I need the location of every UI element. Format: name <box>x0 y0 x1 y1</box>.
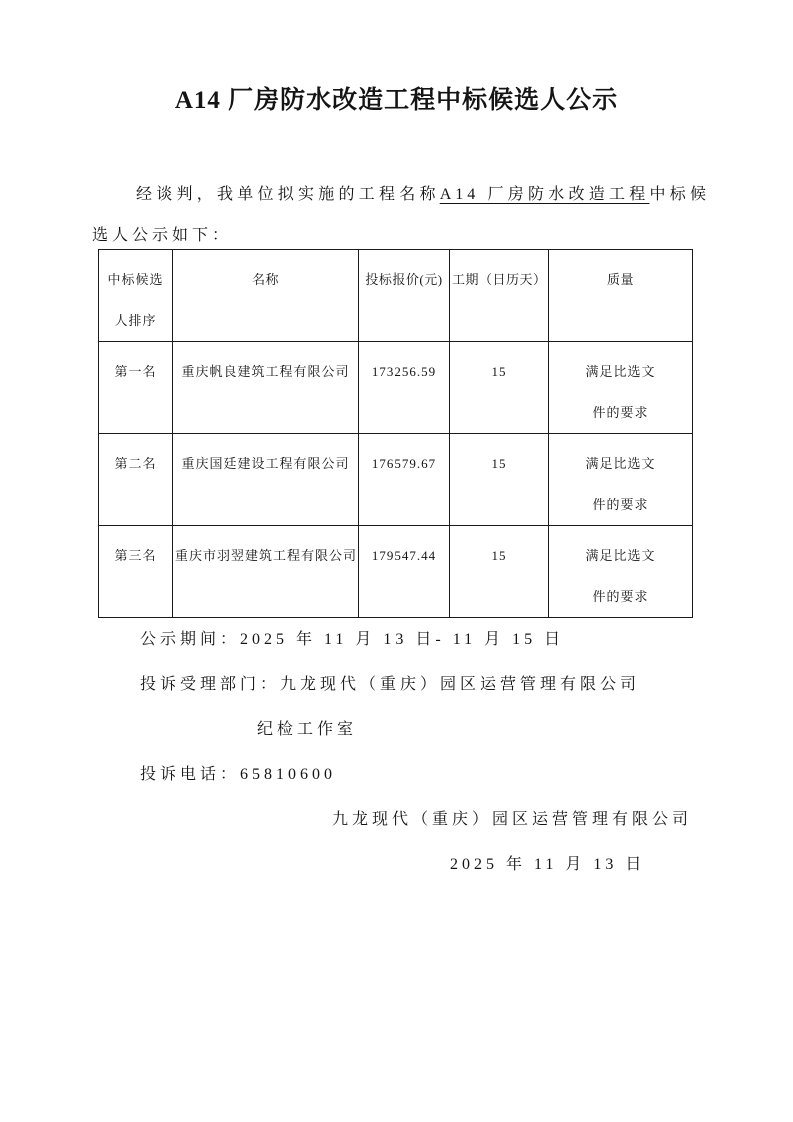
cell-duration: 15 <box>450 526 549 618</box>
cell-rank: 第二名 <box>99 434 173 526</box>
cell-quality: 满足比选文件的要求 <box>549 526 693 618</box>
header-rank: 中标候选人排序 <box>99 250 173 342</box>
header-price: 投标报价(元) <box>359 250 450 342</box>
cell-duration: 15 <box>450 434 549 526</box>
cell-rank: 第一名 <box>99 342 173 434</box>
bid-candidates-table: 中标候选人排序 名称 投标报价(元) 工期（日历天） 质量 第一名 重庆帆良建筑… <box>98 249 693 618</box>
cell-price: 176579.67 <box>359 434 450 526</box>
publicity-period-line: 公示期间：2025 年 11 月 13 日- 11 月 15 日 <box>140 617 772 662</box>
cell-quality: 满足比选文件的要求 <box>549 434 693 526</box>
cell-rank: 第三名 <box>99 526 173 618</box>
cell-quality: 满足比选文件的要求 <box>549 342 693 434</box>
document-page: A14 厂房防水改造工程中标候选人公示 经谈判，我单位拟实施的工程名称A14 厂… <box>0 0 793 1122</box>
complaint-dept-cont-line: 纪检工作室 <box>257 707 772 752</box>
header-quality: 质量 <box>549 250 693 342</box>
page-title: A14 厂房防水改造工程中标候选人公示 <box>0 80 793 116</box>
cell-company-name: 重庆国廷建设工程有限公司 <box>173 434 359 526</box>
table-header-row: 中标候选人排序 名称 投标报价(元) 工期（日历天） 质量 <box>99 250 693 342</box>
table-row: 第一名 重庆帆良建筑工程有限公司 173256.59 15 满足比选文件的要求 <box>99 342 693 434</box>
intro-paragraph: 经谈判，我单位拟实施的工程名称A14 厂房防水改造工程中标候选人公示如下： <box>92 174 710 256</box>
signature-date-line: 2025 年 11 月 13 日 <box>450 842 772 887</box>
table-row: 第三名 重庆市羽翌建筑工程有限公司 179547.44 15 满足比选文件的要求 <box>99 526 693 618</box>
cell-company-name: 重庆帆良建筑工程有限公司 <box>173 342 359 434</box>
cell-duration: 15 <box>450 342 549 434</box>
complaint-dept-line: 投诉受理部门：九龙现代（重庆）园区运营管理有限公司 <box>140 662 772 707</box>
header-duration: 工期（日历天） <box>450 250 549 342</box>
header-name: 名称 <box>173 250 359 342</box>
project-name-underlined: A14 厂房防水改造工程 <box>440 186 650 203</box>
cell-price: 173256.59 <box>359 342 450 434</box>
signature-org-line: 九龙现代（重庆）园区运营管理有限公司 <box>332 797 772 842</box>
table-row: 第二名 重庆国廷建设工程有限公司 176579.67 15 满足比选文件的要求 <box>99 434 693 526</box>
footer-block: 公示期间：2025 年 11 月 13 日- 11 月 15 日 投诉受理部门：… <box>92 617 772 887</box>
cell-company-name: 重庆市羽翌建筑工程有限公司 <box>173 526 359 618</box>
intro-text-pre: 经谈判，我单位拟实施的工程名称 <box>136 186 440 203</box>
cell-price: 179547.44 <box>359 526 450 618</box>
complaint-phone-line: 投诉电话：65810600 <box>140 752 772 797</box>
